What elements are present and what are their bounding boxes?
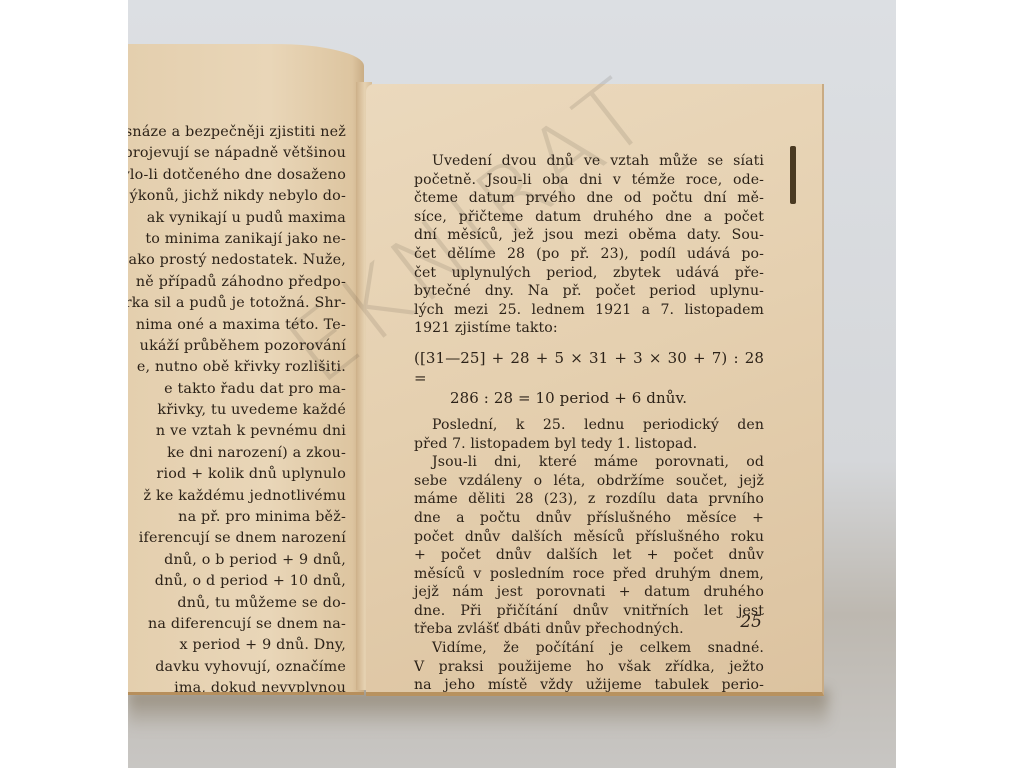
text-line: čet uplynulých period, zbytek udává pře- xyxy=(414,264,764,283)
text-line: ukáží průběhem pozorování xyxy=(128,336,346,357)
formula-line-1: ([31—25] + 28 + 5 × 31 + 3 × 30 + 7) : 2… xyxy=(414,348,764,388)
book-photo: snáze a bezpečněji zjistiti než o projev… xyxy=(128,0,896,768)
text-line: dne. Při přičítání dnův vnitřních let je… xyxy=(414,602,764,621)
text-line: na př. pro minima běž- xyxy=(128,507,346,528)
paper-clip xyxy=(790,146,796,204)
paragraph-2: Poslední, k 25. lednu periodický den pře… xyxy=(414,416,764,453)
text-line: ylo-li dotčeného dne dosaženo xyxy=(128,165,346,186)
text-line: + počet dnův dalších let + počet dnův xyxy=(414,546,764,565)
text-line: Uvedení dvou dnů ve vztah může se síati xyxy=(414,152,764,171)
text-line: měsíců v posledním roce před druhým dnem… xyxy=(414,565,764,584)
text-line: čet dělíme 28 (po př. 23), podíl udává p… xyxy=(414,245,764,264)
text-line: počet dnův dalších měsíců příslušného ro… xyxy=(414,528,764,547)
text-line: 1921 zjistíme takto: xyxy=(414,319,764,338)
text-line: před 7. listopadem byl tedy 1. listopad. xyxy=(414,435,764,454)
text-line: bytečné dny. Na př. počet period uplynu- xyxy=(414,282,764,301)
text-line: ž ke každému jednotlivému xyxy=(128,486,346,507)
text-line: na jeho místě vždy užijeme tabulek perio… xyxy=(414,676,764,695)
text-line: čteme datum prvého dne od počtu dní mě- xyxy=(414,189,764,208)
formula: ([31—25] + 28 + 5 × 31 + 3 × 30 + 7) : 2… xyxy=(414,348,764,408)
text-line: e, nutno obě křivky rozlišiti. xyxy=(128,357,346,378)
text-line: síce, přičteme datum druhého dne a počet xyxy=(414,208,764,227)
text-line: x period + 9 dnů. Dny, xyxy=(128,635,346,656)
formula-line-2: 286 : 28 = 10 period + 6 dnův. xyxy=(414,388,764,408)
text-line: dnů, tu můžeme se do- xyxy=(128,593,346,614)
left-page-text: snáze a bezpečněji zjistiti než o projev… xyxy=(128,122,346,695)
text-line: Jsou-li dni, které máme porovnati, od xyxy=(414,453,764,472)
text-line: sebe vzdáleny o léta, obdržíme součet, j… xyxy=(414,472,764,491)
text-line: snáze a bezpečněji zjistiti než xyxy=(128,122,346,143)
text-line: o projevují se nápadně většinou xyxy=(128,143,346,164)
text-line: e takto řadu dat pro ma- xyxy=(128,379,346,400)
paragraph-4: Vidíme, že počítání je celkem snadné. V … xyxy=(414,639,764,695)
text-line: křivky, tu uvedeme každé xyxy=(128,400,346,421)
text-line: Poslední, k 25. lednu periodický den xyxy=(414,416,764,435)
right-page-text: Uvedení dvou dnů ve vztah může se síati … xyxy=(414,152,764,695)
text-line: na diferencují se dnem na- xyxy=(128,614,346,635)
text-line: dne a počtu dnův příslušného měsíce + xyxy=(414,509,764,528)
text-line: ke dni narození) a zkou- xyxy=(128,443,346,464)
text-line: početně. Jsou-li oba dni v témže roce, o… xyxy=(414,171,764,190)
text-line: nima oné a maxima této. Te- xyxy=(128,315,346,336)
text-line: ako prostý nedostatek. Nuže, xyxy=(128,250,346,271)
book-shadow xyxy=(128,690,828,730)
text-line: Vidíme, že počítání je celkem snadné. xyxy=(414,639,764,658)
text-line: V praksi použijeme ho však zřídka, ježto xyxy=(414,658,764,677)
text-line: rka sil a pudů je totožná. Shr- xyxy=(128,293,346,314)
text-line: davku vyhovují, označíme xyxy=(128,657,346,678)
text-line: ima, dokud nevyplynou xyxy=(128,678,346,695)
paragraph-3: Jsou-li dni, které máme porovnati, od se… xyxy=(414,453,764,639)
left-page: snáze a bezpečněji zjistiti než o projev… xyxy=(128,44,364,695)
text-line: dnů, o d period + 10 dnů, xyxy=(128,571,346,592)
text-line: máme děliti 28 (23), z rozdílu data prvn… xyxy=(414,490,764,509)
paragraph-1: Uvedení dvou dnů ve vztah může se síati … xyxy=(414,152,764,338)
text-line: ně případů záhodno předpo- xyxy=(128,272,346,293)
text-line: dnů, o b period + 9 dnů, xyxy=(128,550,346,571)
text-line: třeba zvlášť dbáti dnův přechodných. xyxy=(414,620,764,639)
right-page: Uvedení dvou dnů ve vztah může se síati … xyxy=(366,84,824,696)
page-number: 25 xyxy=(740,612,762,632)
text-line: lých mezi 25. lednem 1921 a 7. listopade… xyxy=(414,301,764,320)
text-line: jejž nám jest porovnati + datum druhého xyxy=(414,583,764,602)
text-line: iferencují se dnem narození xyxy=(128,528,346,549)
text-line: ýkonů, jichž nikdy nebylo do- xyxy=(128,186,346,207)
text-line: riod + kolik dnů uplynulo xyxy=(128,464,346,485)
text-line: n ve vztah k pevnému dni xyxy=(128,421,346,442)
text-line: dní měsíců, jež jsou mezi oběma daty. So… xyxy=(414,226,764,245)
text-line: to minima zanikají jako ne- xyxy=(128,229,346,250)
text-line: ak vynikají u pudů maxima xyxy=(128,208,346,229)
